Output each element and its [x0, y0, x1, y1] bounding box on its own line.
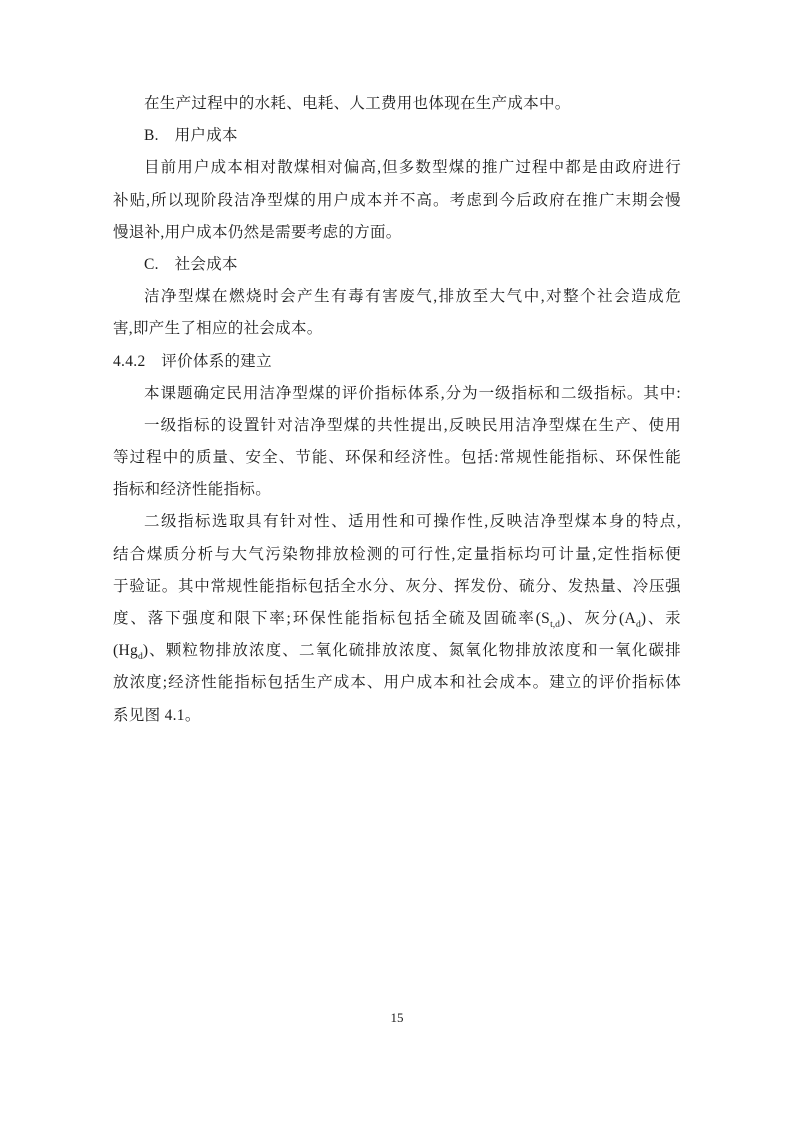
text-line: 害,即产生了相应的社会成本。 [113, 313, 681, 345]
text-line: 等过程中的质量、安全、节能、环保和经济性。包括:常规性能指标、环保性能 [113, 442, 681, 474]
page-number: 15 [0, 1010, 794, 1026]
subsection-label-b: B. 用户成本 [113, 120, 681, 152]
text-line: 于验证。其中常规性能指标包括全水分、灰分、挥发份、硫分、发热量、冷压强 [113, 571, 681, 603]
text-line: 本课题确定民用洁净型煤的评价指标体系,分为一级指标和二级指标。其中: [113, 378, 681, 410]
text-line: 洁净型煤在燃烧时会产生有毒有害废气,排放至大气中,对整个社会造成危 [113, 281, 681, 313]
text-line: (Hgd)、颗粒物排放浓度、二氧化硫排放浓度、氮氧化物排放浓度和一氧化碳排 [113, 635, 681, 667]
text-line: 在生产过程中的水耗、电耗、人工费用也体现在生产成本中。 [113, 88, 681, 120]
subsection-label-c: C. 社会成本 [113, 249, 681, 281]
text-line: 结合煤质分析与大气污染物排放检测的可行性,定量指标均可计量,定性指标便 [113, 539, 681, 571]
text-line: 慢退补,用户成本仍然是需要考虑的方面。 [113, 217, 681, 249]
text-line: 目前用户成本相对散煤相对偏高,但多数型煤的推广过程中都是由政府进行 [113, 152, 681, 184]
text-line: 度、落下强度和限下率;环保性能指标包括全硫及固硫率(St,d)、灰分(Ad)、汞 [113, 603, 681, 635]
text-line: 系见图 4.1。 [113, 700, 681, 732]
text-line: 一级指标的设置针对洁净型煤的共性提出,反映民用洁净型煤在生产、使用 [113, 410, 681, 442]
document-body: 在生产过程中的水耗、电耗、人工费用也体现在生产成本中。B. 用户成本目前用户成本… [113, 88, 681, 732]
text-line: 指标和经济性能指标。 [113, 474, 681, 506]
text-line: 二级指标选取具有针对性、适用性和可操作性,反映洁净型煤本身的特点, [113, 506, 681, 538]
text-line: 补贴,所以现阶段洁净型煤的用户成本并不高。考虑到今后政府在推广末期会慢 [113, 185, 681, 217]
text-line: 放浓度;经济性能指标包括生产成本、用户成本和社会成本。建立的评价指标体 [113, 667, 681, 699]
section-heading: 4.4.2 评价体系的建立 [113, 346, 681, 378]
document-page: 在生产过程中的水耗、电耗、人工费用也体现在生产成本中。B. 用户成本目前用户成本… [0, 0, 794, 1123]
